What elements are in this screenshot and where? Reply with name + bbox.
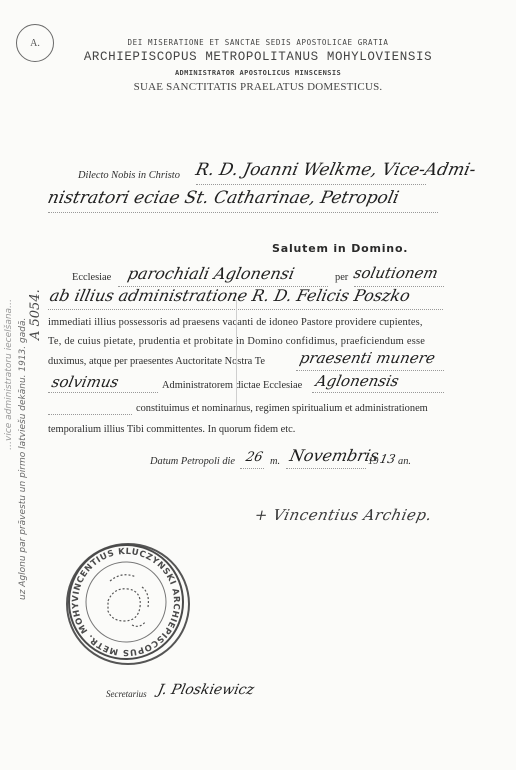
address-line-1 [196, 184, 426, 185]
address-handwritten-1: R. D. Joanni Welkme, Vice-Admi- [194, 160, 478, 180]
margin-note-2: …vice administratoru iecelšana… [4, 299, 14, 450]
dating-year-prefix: 19 [368, 456, 378, 467]
body-hand-munere: praesenti munere [298, 349, 437, 367]
header-line-2: ARCHIEPISCOPUS METROPOLITANUS MOHYLOVIEN… [0, 50, 516, 64]
dating-day: 26 [244, 450, 264, 465]
body-hand-aglon: Aglonensis [314, 372, 400, 390]
seal-icon: VINCENTIUS KLUCZYNSKI ARCHIEPISCOPUS MET… [66, 543, 186, 661]
body-ecclesiae: Ecclesiae [72, 272, 111, 283]
dating-year-suffix: 13 [379, 452, 397, 466]
dating-day-line [240, 468, 264, 469]
archbishop-seal: VINCENTIUS KLUCZYNSKI ARCHIEPISCOPUS MET… [66, 543, 190, 665]
body-line-5: duximus, atque per praesentes Auctoritat… [48, 356, 265, 367]
address-line-2 [48, 212, 438, 213]
secretary-signature: J. Ploskiewicz [156, 682, 255, 698]
dating-month-line [286, 468, 366, 469]
salutation: Salutem in Domino. [272, 242, 408, 255]
body-line-blank [48, 414, 132, 415]
body-line-solvimus [48, 392, 158, 393]
dating-suffix: an. [398, 456, 411, 467]
secretary-label: Secretarius [106, 689, 147, 699]
dating-m: m. [270, 456, 280, 467]
body-hand-per: solutionem [352, 264, 440, 282]
body-line-6: Administratorem dictae Ecclesiae [162, 380, 302, 391]
body-line-aglon [312, 392, 444, 393]
body-hand-line2: ab illius administratione R. D. Felicis … [48, 286, 412, 305]
body-line-2 [48, 309, 443, 310]
header-line-3: ADMINISTRATOR APOSTOLICUS MINSCENSIS [0, 69, 516, 77]
body-hand-church: parochiali Aglonensi [126, 264, 296, 283]
body-per: per [335, 272, 348, 283]
body-line-7: constituimus et nominamus, regimen spiri… [136, 403, 428, 414]
dating-month: Novembris [288, 446, 381, 465]
archive-number: A 5054. [28, 289, 43, 340]
body-hand-solvimus: solvimus [50, 373, 120, 391]
address-handwritten-2: nistratori eciae St. Catharinae, Petropo… [46, 188, 401, 208]
dating-prefix: Datum Petropoli die [150, 456, 235, 467]
margin-note-1: uz Aglonu par prāvestu un pirmo latviešu… [18, 318, 28, 600]
header-line-4: SUAE SANCTITATIS PRAELATUS DOMESTICUS. [0, 81, 516, 93]
fold-crease [236, 300, 237, 410]
address-printed: Dilecto Nobis in Christo [78, 170, 180, 181]
archbishop-signature: + Vincentius Archiep. [253, 506, 434, 524]
body-line-munere [296, 370, 444, 371]
body-line-8: temporalium illius Tibi committentes. In… [48, 424, 295, 435]
header-line-1: DEI MISERATIONE ET SANCTAE SEDIS APOSTOL… [0, 38, 516, 47]
